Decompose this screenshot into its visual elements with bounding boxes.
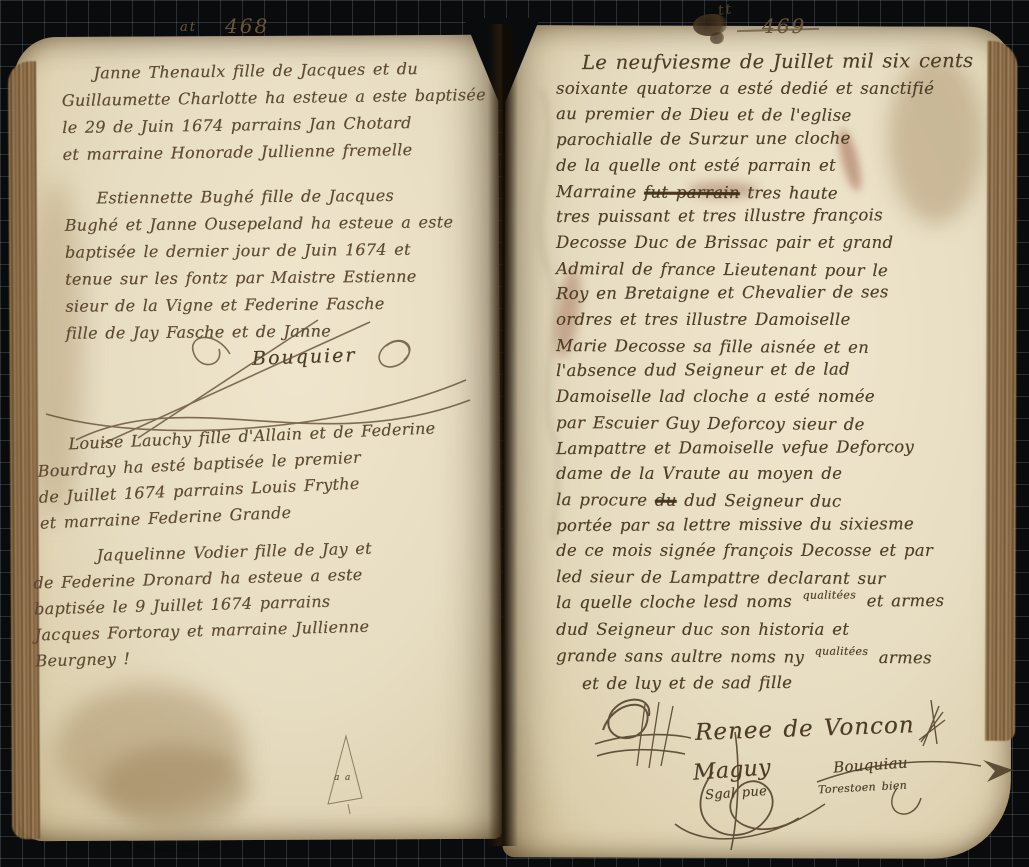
manuscript-line: l'absence dud Seigneur et de lad [556,356,973,384]
text-layer: at 468 Janne Thenaulx fille de Jacques e… [0,0,1029,867]
line-text: dud Seigneur duc [677,491,842,511]
manuscript-line: de la quelle ont esté parrain et [556,153,973,179]
baptism-record: Janne Thenaulx fille de Jacques et du Gu… [61,54,486,168]
manuscript-line: Le neufviesme de Juillet mil six cents [582,48,973,76]
baptism-record: Jaquelinne Vodier fille de Jay et de Fed… [32,536,374,675]
struck-text: fut parrain [644,182,740,202]
interlinear-text: qualitées [802,588,856,601]
signature-flourishes [585,686,1017,862]
manuscript-line: la quelle cloche lesd noms qualitées et … [556,588,973,618]
margin-mark: at [180,20,197,35]
manuscript-line: Lampattre et Damoiselle vefue Deforcoy [556,433,973,461]
manuscript-line: Bughé et Janne Ousepeland ha esteue a es… [65,208,454,238]
manuscript-line: tenue sur les fontz par Maistre Estienne [65,262,454,292]
triangle-doodle: a a [318,732,372,816]
baptism-record: Louise Lauchy fille d'Allain et de Feder… [36,415,439,536]
struck-text: du [655,491,677,510]
line-text: et armes [859,591,944,610]
line-text: la procure [556,490,655,510]
line-text: la quelle cloche lesd noms [556,591,800,611]
manuscript-line: dud Seigneur duc son historia et [556,617,973,643]
interlinear-text: qualitées [815,645,869,658]
manuscript-line: Roy en Bretaigne et Chevalier de ses [556,279,973,307]
manuscript-line: portée par sa lettre missive du sixiesme [556,510,973,538]
manuscript-line: dame de la Vraute au moyen de [556,461,973,487]
page-number-right: 469 [762,14,806,38]
page-number-left: 468 [225,14,269,38]
top-mark: tt [717,1,734,19]
manuscript-line: et marraine Honorade Jullienne fremelle [62,135,486,168]
manuscript-line: soixante quatorze a esté dedié et sancti… [556,76,973,102]
manuscript-line: baptisée le dernier jour de Juin 1674 et [65,235,454,265]
manuscript-line: parochialle de Surzur une cloche [556,125,973,153]
manuscript-line: Decosse Duc de Brissac pair et grand [556,230,973,256]
bell-blessing-record: Le neufviesme de Juillet mil six cents s… [556,50,973,697]
line-text: armes [871,648,932,667]
manuscript-line: tres puissant et tres illustre françois [556,202,973,230]
photographed-manuscript: at 468 Janne Thenaulx fille de Jacques e… [0,0,1029,867]
manuscript-line: Damoiselle lad cloche a esté nomée [556,384,973,410]
line-text: Marraine [556,182,644,202]
doodle-text: a a [334,773,351,783]
manuscript-line: Estiennette Bughé fille de Jacques [64,181,453,211]
ink-blot [710,32,724,44]
line-text: tres haute [740,183,838,203]
manuscript-line: sieur de la Vigne et Federine Fasche [65,289,454,319]
manuscript-line: de ce mois signée françois Decosse et pa… [556,538,973,564]
manuscript-line: ordres et tres illustre Damoiselle [556,307,973,333]
line-text: grande sans aultre noms ny [556,646,812,667]
